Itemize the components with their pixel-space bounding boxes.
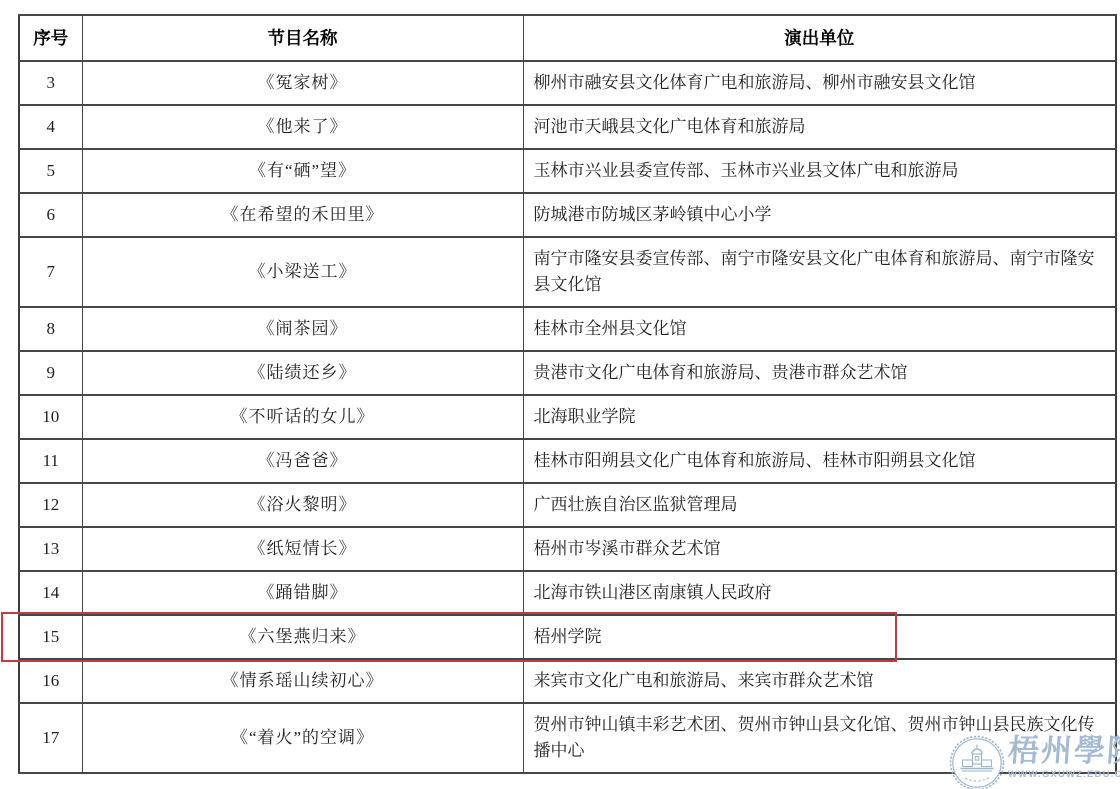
program-name: 《六堡燕归来》: [82, 615, 523, 659]
row-number: 12: [19, 483, 82, 527]
header-program-name: 节目名称: [82, 15, 523, 61]
performing-unit: 梧州市岑溪市群众艺术馆: [523, 527, 1116, 571]
row-number: 9: [19, 351, 82, 395]
program-name: 《情系瑶山续初心》: [82, 659, 523, 703]
program-name: 《冯爸爸》: [82, 439, 523, 483]
program-name: 《小梁送工》: [82, 237, 523, 307]
table-row: 7 《小梁送工》 南宁市隆安县委宣传部、南宁市隆安县文化广电体育和旅游局、南宁市…: [19, 237, 1116, 307]
row-number: 13: [19, 527, 82, 571]
row-number: 16: [19, 659, 82, 703]
header-performing-unit: 演出单位: [523, 15, 1116, 61]
table-row: 13 《纸短情长》 梧州市岑溪市群众艺术馆: [19, 527, 1116, 571]
table-row: 3 《冤家树》 柳州市融安县文化体育广电和旅游局、柳州市融安县文化馆: [19, 61, 1116, 105]
row-number: 5: [19, 149, 82, 193]
table-row: 9 《陆绩还乡》 贵港市文化广电体育和旅游局、贵港市群众艺术馆: [19, 351, 1116, 395]
performing-unit: 玉林市兴业县委宣传部、玉林市兴业县文体广电和旅游局: [523, 149, 1116, 193]
table-row: 11 《冯爸爸》 桂林市阳朔县文化广电体育和旅游局、桂林市阳朔县文化馆: [19, 439, 1116, 483]
performing-unit: 桂林市全州县文化馆: [523, 307, 1116, 351]
program-name: 《纸短情长》: [82, 527, 523, 571]
row-number: 3: [19, 61, 82, 105]
performing-unit: 贵港市文化广电体育和旅游局、贵港市群众艺术馆: [523, 351, 1116, 395]
table-row: 5 《有“硒”望》 玉林市兴业县委宣传部、玉林市兴业县文体广电和旅游局: [19, 149, 1116, 193]
program-name: 《他来了》: [82, 105, 523, 149]
performing-unit: 广西壮族自治区监狱管理局: [523, 483, 1116, 527]
row-number: 15: [19, 615, 82, 659]
table-row: 8 《闹茶园》 桂林市全州县文化馆: [19, 307, 1116, 351]
performing-unit: 南宁市隆安县委宣传部、南宁市隆安县文化广电体育和旅游局、南宁市隆安县文化馆: [523, 237, 1116, 307]
row-number: 11: [19, 439, 82, 483]
table-row: 16 《情系瑶山续初心》 来宾市文化广电和旅游局、来宾市群众艺术馆: [19, 659, 1116, 703]
row-number: 10: [19, 395, 82, 439]
performing-unit: 来宾市文化广电和旅游局、来宾市群众艺术馆: [523, 659, 1116, 703]
program-name: 《踊错脚》: [82, 571, 523, 615]
row-number: 7: [19, 237, 82, 307]
table-row: 4 《他来了》 河池市天峨县文化广电体育和旅游局: [19, 105, 1116, 149]
table-body: 3 《冤家树》 柳州市融安县文化体育广电和旅游局、柳州市融安县文化馆 4 《他来…: [19, 61, 1116, 773]
table-row: 12 《浴火黎明》 广西壮族自治区监狱管理局: [19, 483, 1116, 527]
performing-unit: 北海市铁山港区南康镇人民政府: [523, 571, 1116, 615]
program-name: 《有“硒”望》: [82, 149, 523, 193]
performing-unit: 河池市天峨县文化广电体育和旅游局: [523, 105, 1116, 149]
row-number: 6: [19, 193, 82, 237]
watermark-url: WWW.GXUWZ.EDU.CN: [1008, 769, 1120, 780]
performing-unit: 桂林市阳朔县文化广电体育和旅游局、桂林市阳朔县文化馆: [523, 439, 1116, 483]
performing-unit: 北海职业学院: [523, 395, 1116, 439]
header-serial-number: 序号: [19, 15, 82, 61]
clocktower-seal-icon: [948, 734, 1006, 789]
program-table-wrap: 序号 节目名称 演出单位 3 《冤家树》 柳州市融安县文化体育广电和旅游局、柳州…: [18, 14, 1117, 774]
program-name: 《在希望的禾田里》: [82, 193, 523, 237]
program-name: 《“着火”的空调》: [82, 703, 523, 773]
program-name: 《浴火黎明》: [82, 483, 523, 527]
watermark-title: 梧州學院: [1007, 734, 1120, 768]
header-row: 序号 节目名称 演出单位: [19, 15, 1116, 61]
row-number: 8: [19, 307, 82, 351]
table-row: 14 《踊错脚》 北海市铁山港区南康镇人民政府: [19, 571, 1116, 615]
performing-unit: 防城港市防城区茅岭镇中心小学: [523, 193, 1116, 237]
table-row: 10 《不听话的女儿》 北海职业学院: [19, 395, 1116, 439]
watermark: 梧州學院 WWW.GXUWZ.EDU.CN: [948, 734, 1120, 789]
row-number: 17: [19, 703, 82, 773]
program-name: 《冤家树》: [82, 61, 523, 105]
document-page: { "table": { "headers": ["序号", "节目名称", "…: [0, 0, 1120, 789]
program-name: 《不听话的女儿》: [82, 395, 523, 439]
watermark-text: 梧州學院 WWW.GXUWZ.EDU.CN: [1008, 734, 1120, 780]
row-number: 14: [19, 571, 82, 615]
program-name: 《陆绩还乡》: [82, 351, 523, 395]
table-row: 6 《在希望的禾田里》 防城港市防城区茅岭镇中心小学: [19, 193, 1116, 237]
row-number: 4: [19, 105, 82, 149]
program-name: 《闹茶园》: [82, 307, 523, 351]
program-table: 序号 节目名称 演出单位 3 《冤家树》 柳州市融安县文化体育广电和旅游局、柳州…: [18, 14, 1117, 774]
performing-unit: 柳州市融安县文化体育广电和旅游局、柳州市融安县文化馆: [523, 61, 1116, 105]
performing-unit: 梧州学院: [523, 615, 1116, 659]
table-row: 15 《六堡燕归来》 梧州学院: [19, 615, 1116, 659]
